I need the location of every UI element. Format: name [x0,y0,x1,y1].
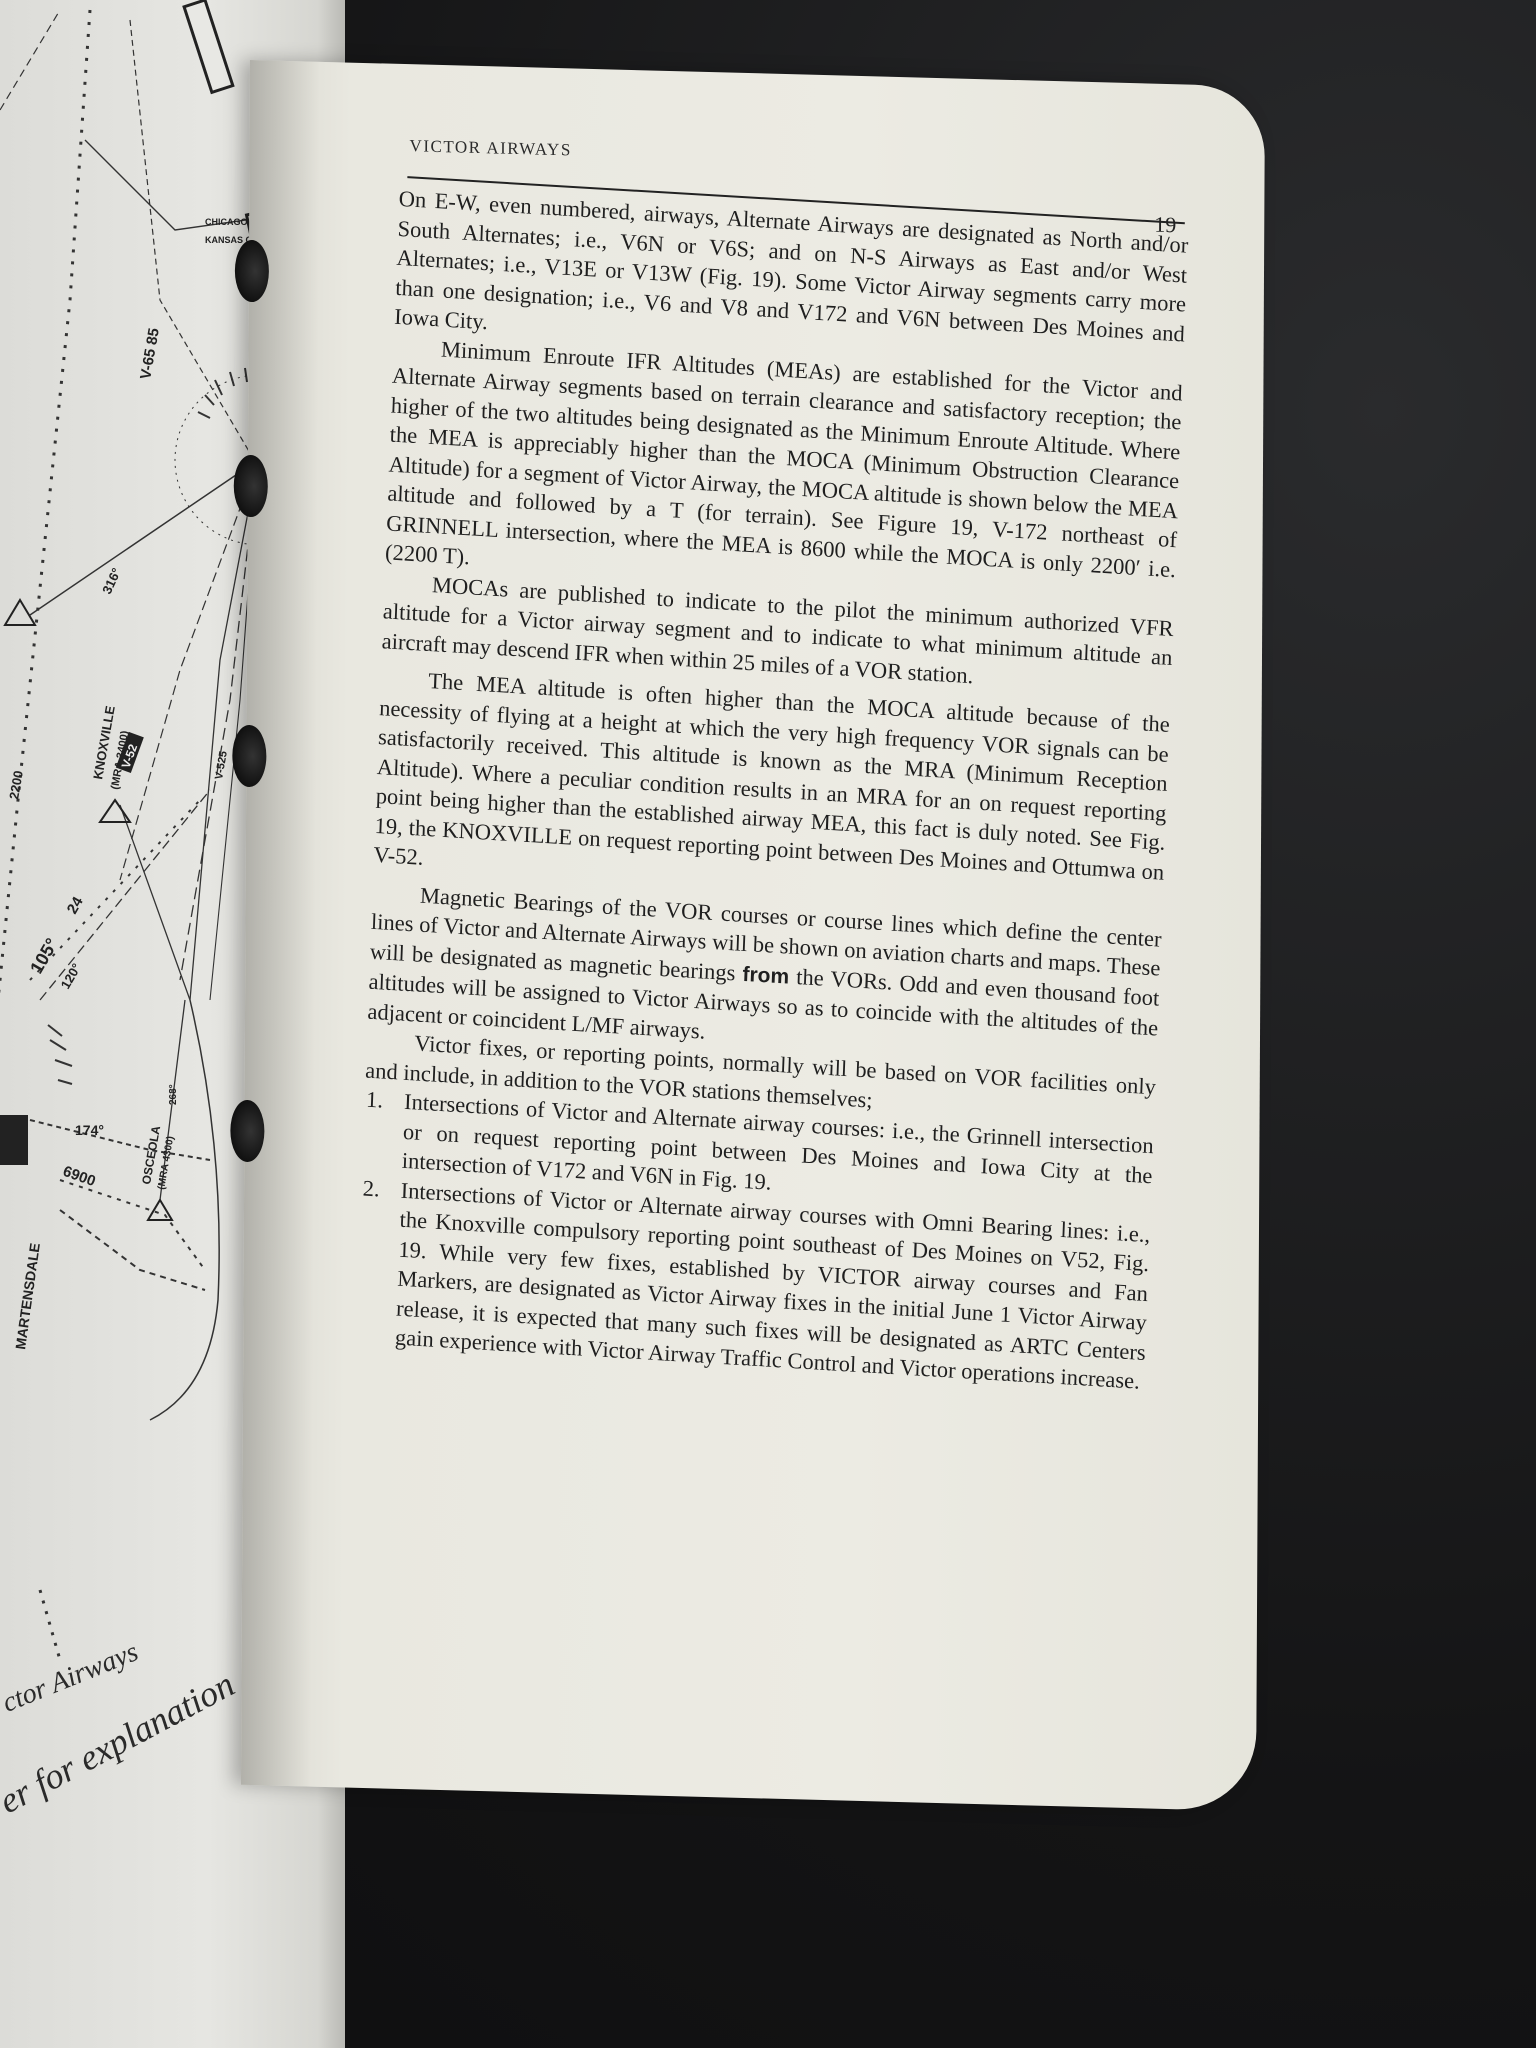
chart-label-120: 120° [58,961,84,992]
list-number: 2. [355,1173,402,1352]
chart-label-v65-85: V-65 85 [137,327,163,381]
chart-label-268: 268° [168,1084,179,1105]
paragraph-mra: The MEA altitude is often higher than th… [373,663,1170,916]
running-head: VICTOR AIRWAYS [410,136,572,160]
chart-label-174: 174° [75,1122,104,1138]
punch-hole [232,725,266,788]
chart-label-316: 316° [99,566,124,597]
chart-label-24: 24 [64,893,87,917]
body-text: On E-W, even numbered, airways, Alternat… [355,184,1189,1397]
list-number: 1. [361,1085,404,1176]
punch-hole [235,240,269,303]
gutter-shadow [241,60,320,1787]
chart-label-martensdale: MARTENSDALE [12,1242,43,1351]
chart-label-105: 105° [26,935,62,977]
chart-label-2200: 2200 [6,769,26,800]
bold-text: from [742,962,790,988]
chart-label-v525: V-525 [213,750,230,780]
chart-label-chicago: CHICAGO [205,217,248,227]
paragraph-mea: Minimum Enroute IFR Altitudes (MEAs) are… [385,331,1183,613]
text-page: VICTOR AIRWAYS 19 On E-W, even numbered,… [241,60,1265,1811]
punch-hole [234,455,268,518]
punch-hole [230,1100,264,1163]
